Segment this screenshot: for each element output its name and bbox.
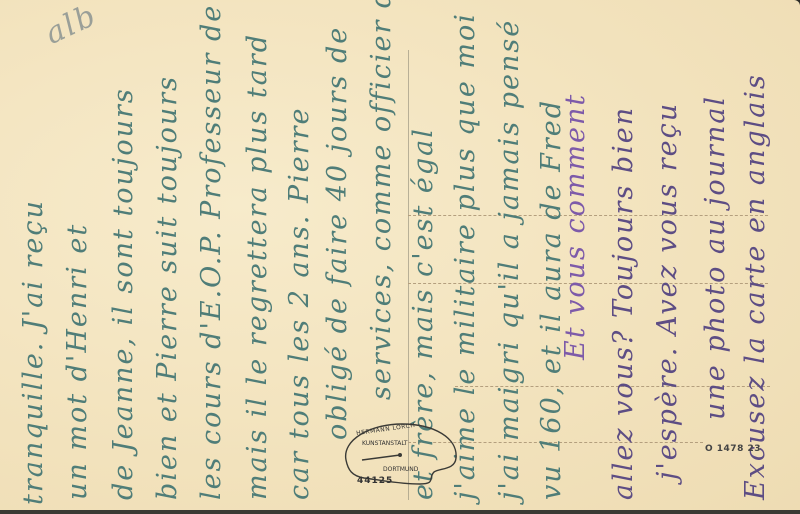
handwritten-line: obligé de faire 40 jours de — [322, 26, 353, 440]
publisher-subtitle: KUNSTANSTALT — [362, 440, 408, 447]
handwritten-line: une photo au journal — [700, 95, 731, 420]
handwritten-line: j'ai maigri qu'il a jamais pensé — [494, 19, 525, 500]
handwritten-line: services, comme officier d'intendance — [366, 0, 397, 400]
handwritten-line: allez vous? Toujours bien — [608, 106, 639, 500]
handwritten-line: Et vous comment — [560, 93, 591, 360]
serial-number: O 1478 23 — [705, 444, 761, 454]
handwritten-line: les cours d'E.O.P. Professeur de Dessin — [196, 0, 227, 500]
publisher-city: DORTMUND — [383, 466, 418, 473]
publisher-number: 44125 — [357, 476, 393, 486]
handwritten-line: de Jeanne, il sont toujours — [108, 87, 139, 500]
handwritten-line: un mot d'Henri et — [62, 223, 93, 500]
pencil-annotation: alb — [40, 0, 103, 52]
handwritten-line: mais il le regrettera plus tard — [242, 33, 273, 500]
scan-edge — [0, 510, 800, 514]
handwritten-line: car tous les 2 ans. Pierre — [284, 106, 315, 500]
handwritten-line: Excusez la carte en anglais — [740, 73, 771, 500]
handwritten-line: tranquille. J'ai reçu — [18, 199, 49, 505]
handwritten-line: j'espère. Avez vous reçu — [652, 102, 683, 480]
handwritten-line: bien et Pierre suit toujours — [152, 75, 183, 500]
postcard-back: alb tranquille. J'ai reçu un mot d'Henri… — [0, 0, 800, 512]
